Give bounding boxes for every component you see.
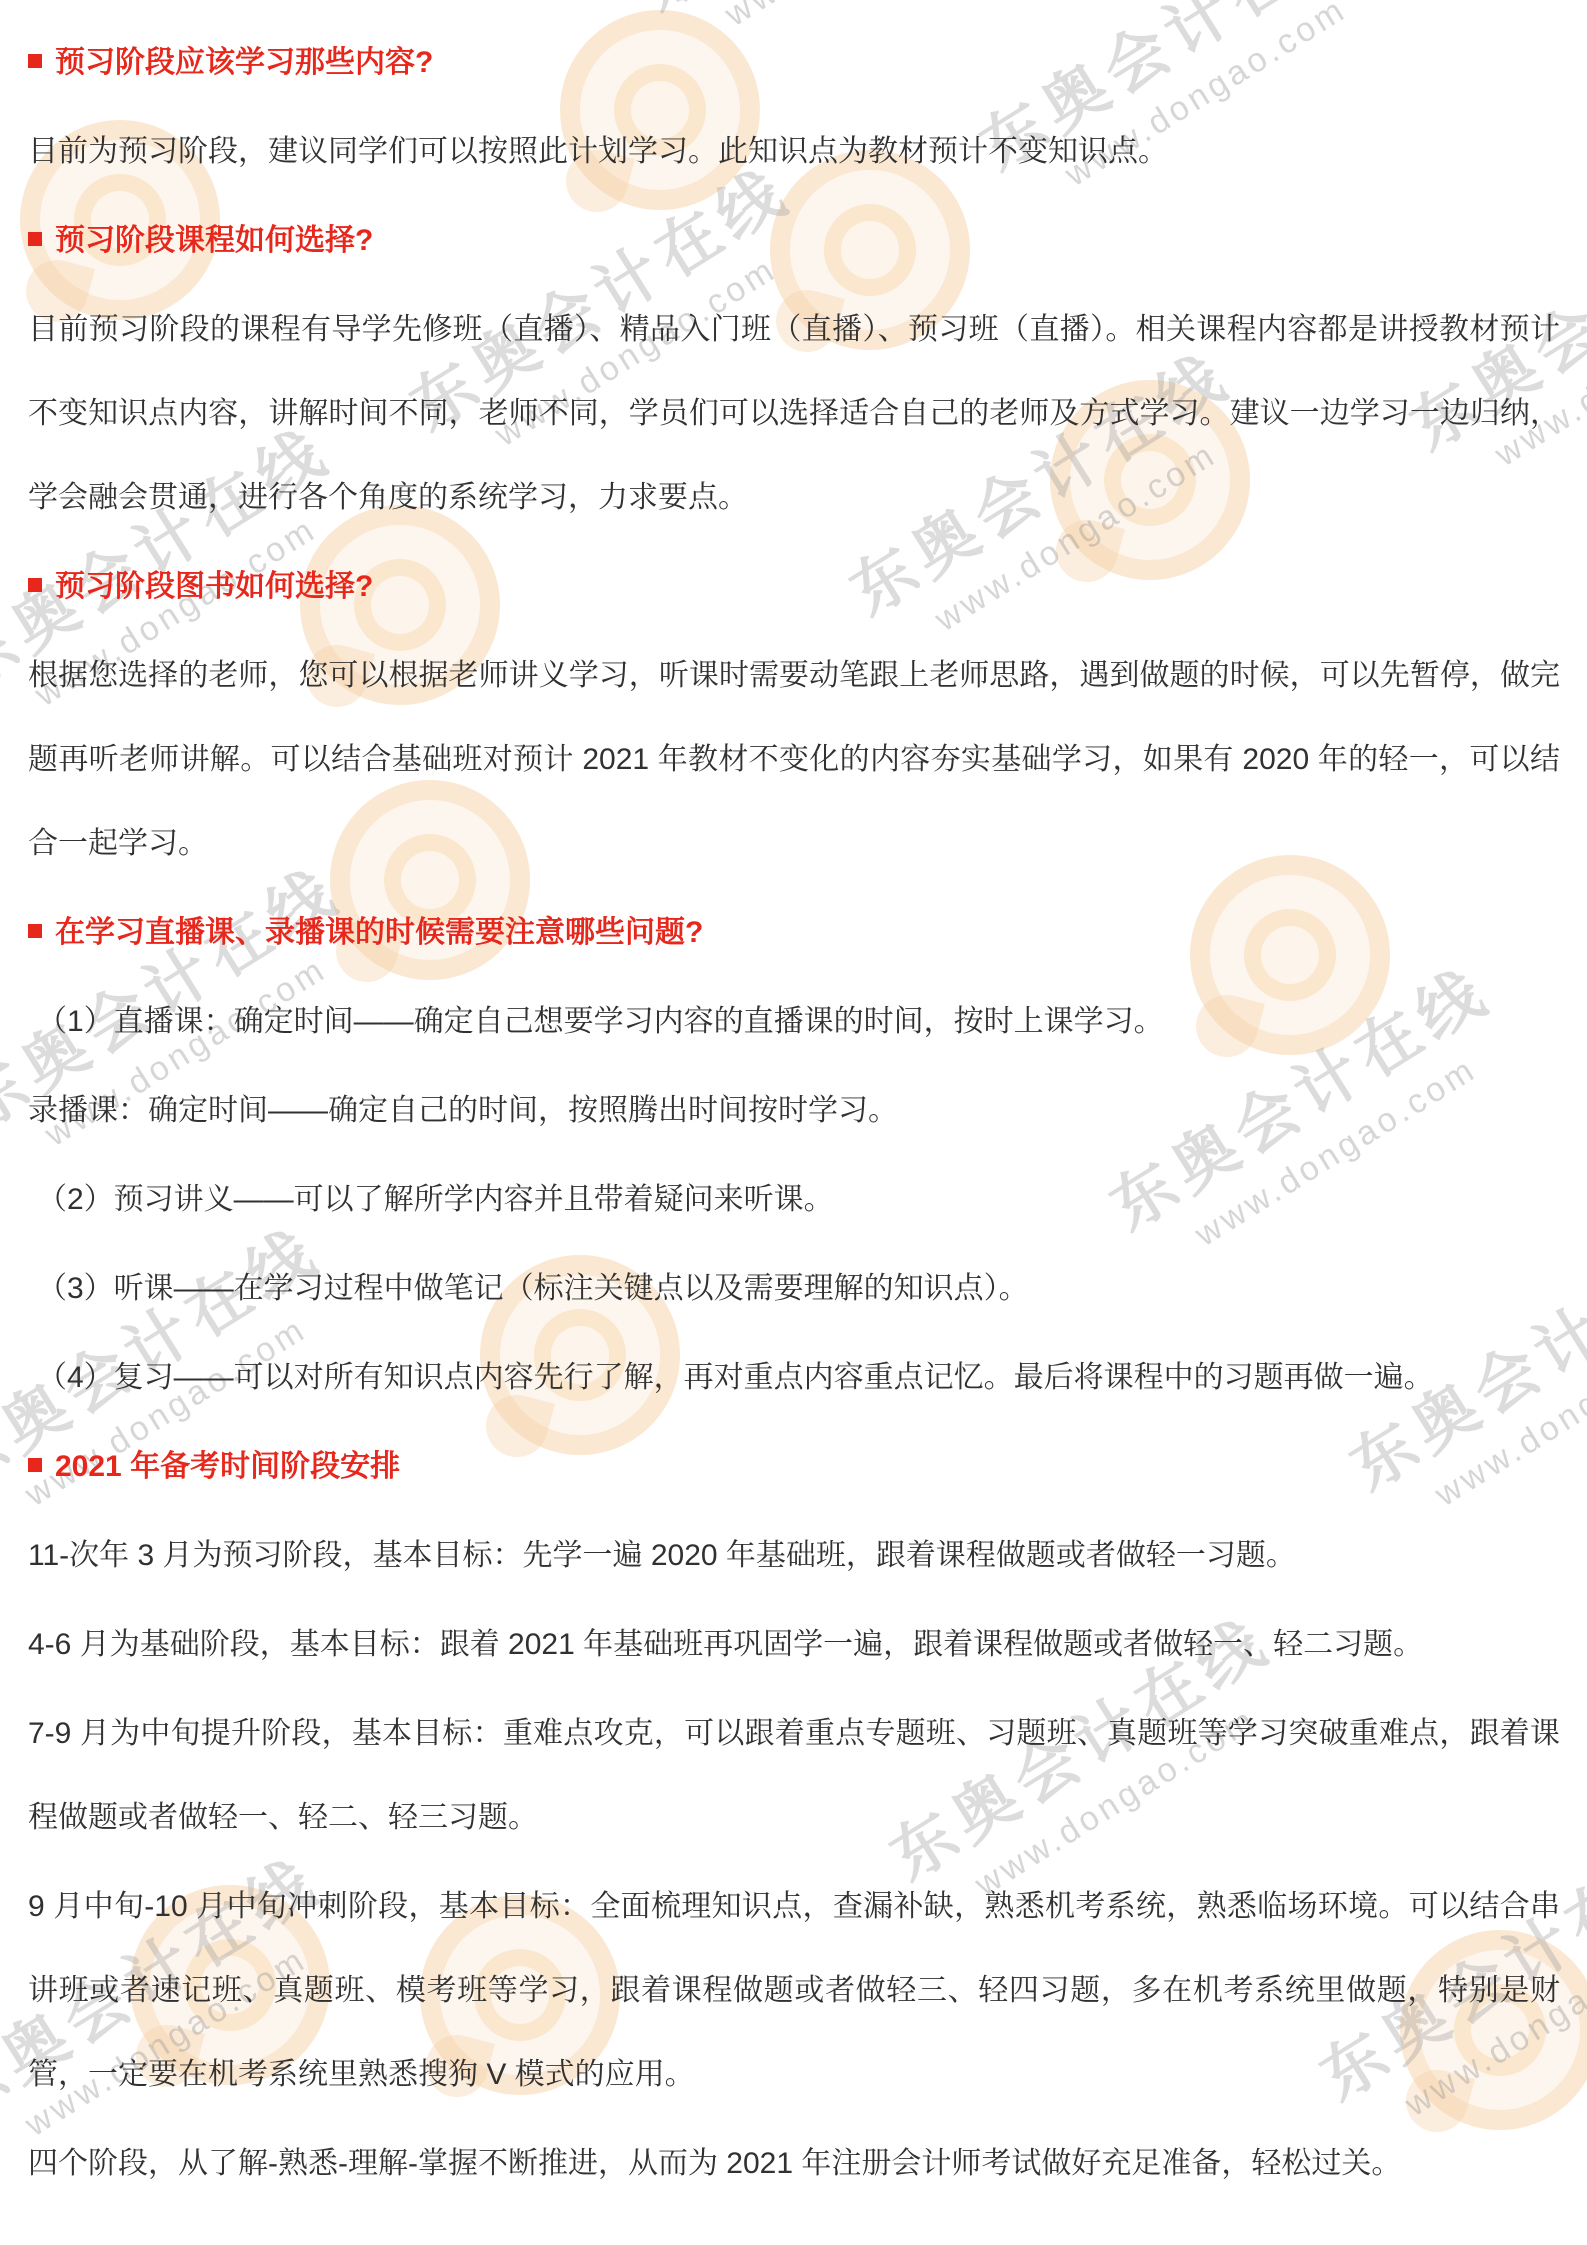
paragraph: 录播课：确定时间——确定自己的时间，按照腾出时间按时学习。 xyxy=(28,1069,1560,1153)
section-heading: 预习阶段课程如何选择? xyxy=(28,199,1560,283)
section-heading-text: 2021 年备考时间阶段安排 xyxy=(55,1450,400,1483)
bullet-square-icon xyxy=(28,54,42,68)
section-heading-text: 预习阶段课程如何选择? xyxy=(55,224,373,257)
section-heading: 预习阶段图书如何选择? xyxy=(28,545,1560,629)
section-heading-text: 预习阶段图书如何选择? xyxy=(55,570,373,603)
section-heading-text: 预习阶段应该学习那些内容? xyxy=(55,46,433,79)
paragraph: 根据您选择的老师，您可以根据老师讲义学习，听课时需要动笔跟上老师思路，遇到做题的… xyxy=(28,634,1560,886)
paragraph: 目前预习阶段的课程有导学先修班（直播）、精品入门班（直播）、预习班（直播）。相关… xyxy=(28,288,1560,540)
paragraph: 4-6 月为基础阶段，基本目标：跟着 2021 年基础班再巩固学一遍，跟着课程做… xyxy=(28,1603,1560,1687)
paragraph: 9 月中旬-10 月中旬冲刺阶段，基本目标：全面梳理知识点，查漏补缺，熟悉机考系… xyxy=(28,1865,1560,2117)
document-page: 东奥会计在线www.dongao.com东奥会计在线www.dongao.com… xyxy=(0,0,1587,2245)
bullet-square-icon xyxy=(28,578,42,592)
paragraph: 7-9 月为中旬提升阶段，基本目标：重难点攻克，可以跟着重点专题班、习题班、真题… xyxy=(28,1692,1560,1860)
paragraph: （1）直播课：确定时间——确定自己想要学习内容的直播课的时间，按时上课学习。 xyxy=(28,980,1560,1064)
paragraph: 四个阶段，从了解-熟悉-理解-掌握不断推进，从而为 2021 年注册会计师考试做… xyxy=(28,2122,1560,2206)
section-heading: 预习阶段应该学习那些内容? xyxy=(28,21,1560,105)
section-heading: 2021 年备考时间阶段安排 xyxy=(28,1425,1560,1509)
paragraph: （2）预习讲义——可以了解所学内容并且带着疑问来听课。 xyxy=(28,1158,1560,1242)
section-heading-text: 在学习直播课、录播课的时候需要注意哪些问题? xyxy=(55,916,703,949)
bullet-square-icon xyxy=(28,924,42,938)
bullet-square-icon xyxy=(28,232,42,246)
paragraph: 目前为预习阶段，建议同学们可以按照此计划学习。此知识点为教材预计不变知识点。 xyxy=(28,110,1560,194)
bullet-square-icon xyxy=(28,1458,42,1472)
section-heading: 在学习直播课、录播课的时候需要注意哪些问题? xyxy=(28,891,1560,975)
paragraph: 11-次年 3 月为预习阶段，基本目标：先学一遍 2020 年基础班，跟着课程做… xyxy=(28,1514,1560,1598)
document-content: 预习阶段应该学习那些内容?目前为预习阶段，建议同学们可以按照此计划学习。此知识点… xyxy=(0,0,1587,2206)
paragraph: （4）复习——可以对所有知识点内容先行了解，再对重点内容重点记忆。最后将课程中的… xyxy=(28,1336,1560,1420)
paragraph: （3）听课——在学习过程中做笔记（标注关键点以及需要理解的知识点）。 xyxy=(28,1247,1560,1331)
